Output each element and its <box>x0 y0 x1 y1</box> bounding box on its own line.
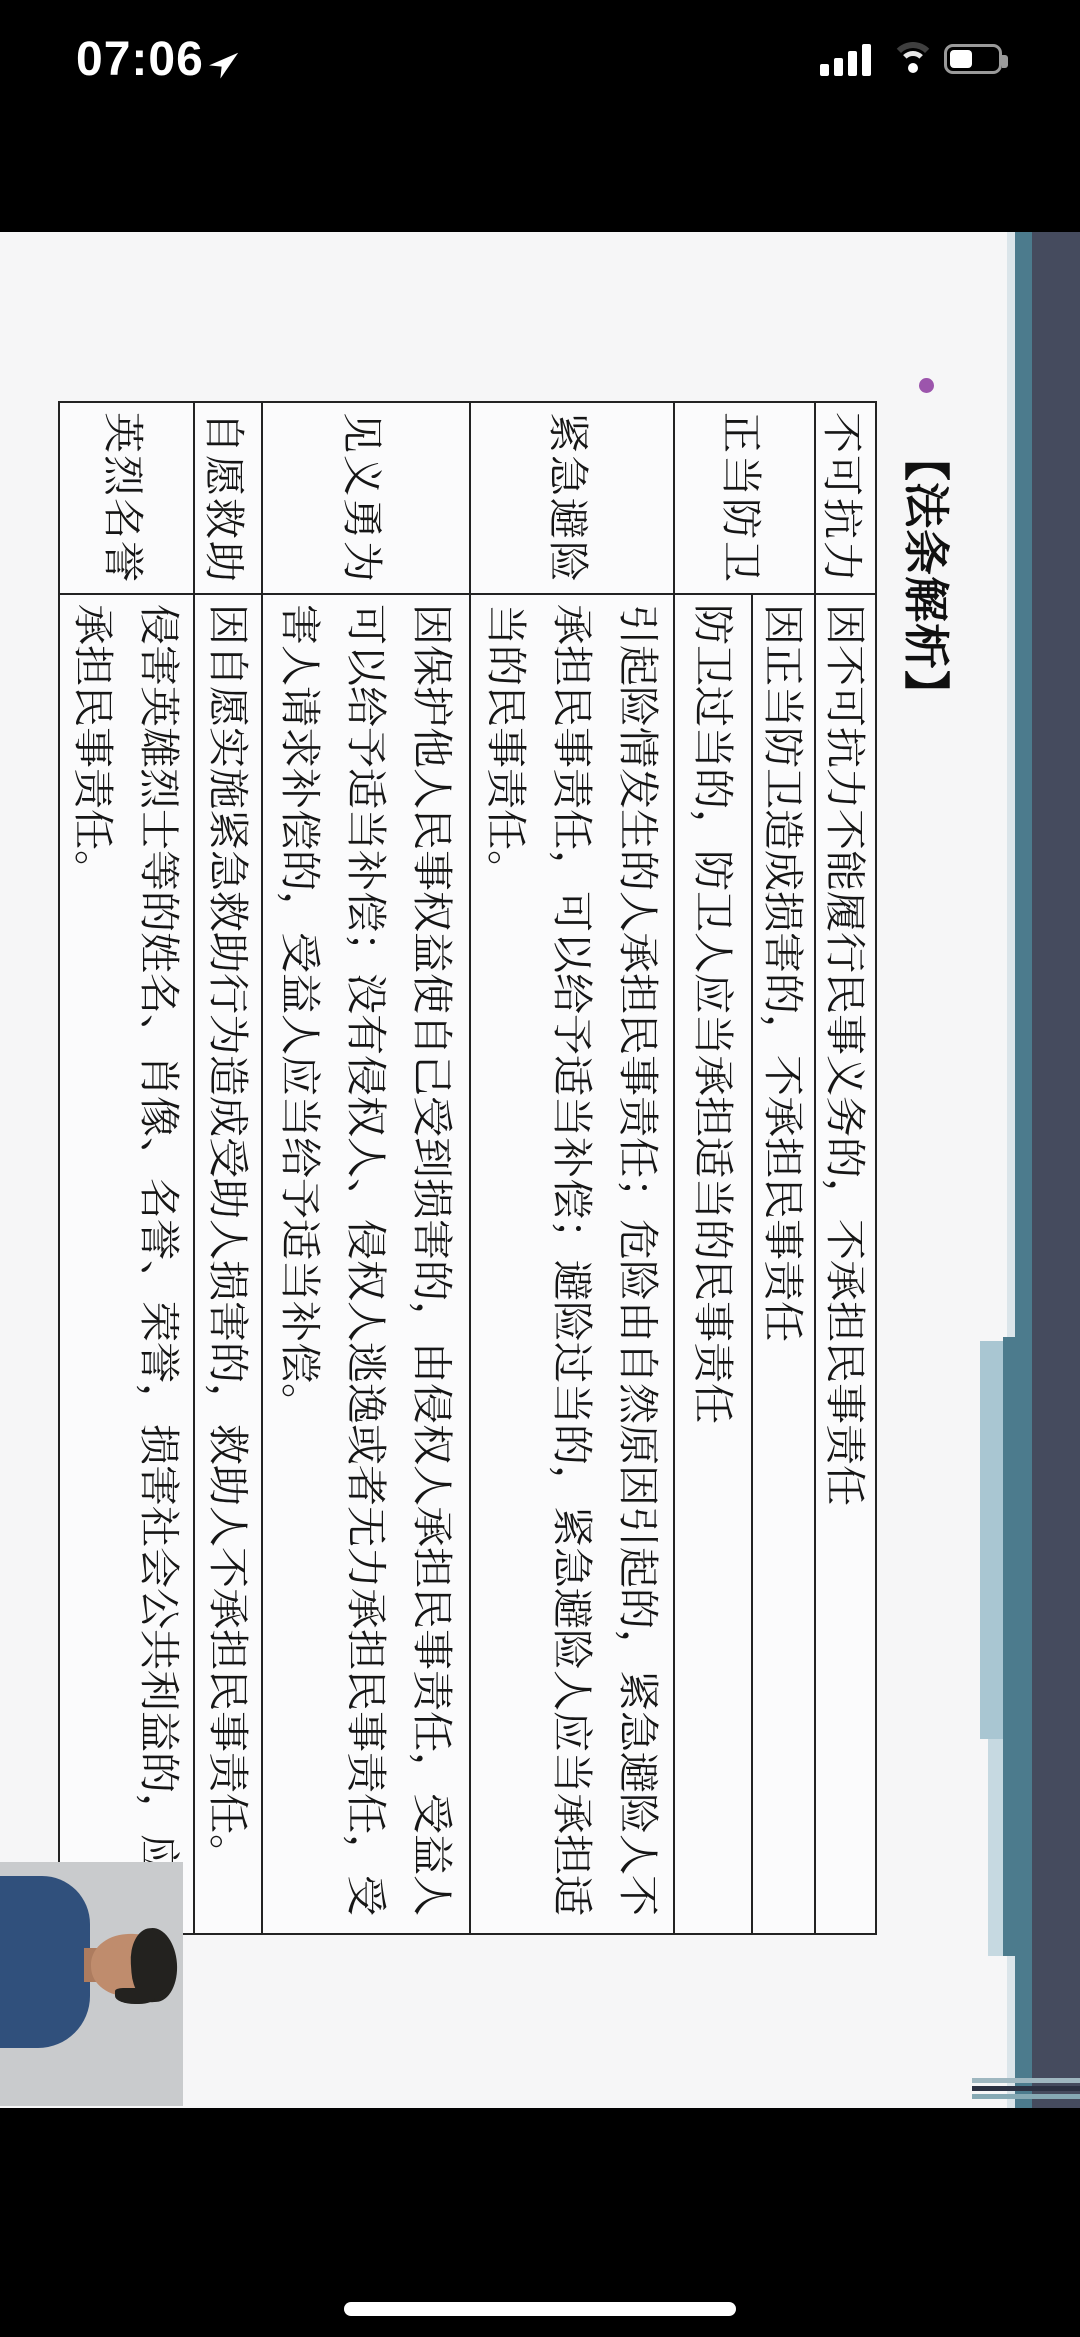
status-bar: 07:06 <box>0 0 1080 232</box>
cell-text: 因正当防卫造成损害的，不承担民事责任 <box>751 604 814 1933</box>
cell-text: 害人请求补偿的，受益人应当给予适当补偿。 <box>267 604 333 1933</box>
cell-text: 因自愿实施紧急救助行为造成受助人损害的，救助人不承担民事责任。 <box>195 604 261 1933</box>
deco-pale-bar <box>988 1739 1003 1956</box>
law-analysis-table: 不可抗力 正当防卫 紧急避险 见义勇为 自愿救助 英烈名誉 因不可抗力不能履行民… <box>58 401 877 1935</box>
deco-teal-bar <box>1003 1337 1032 1956</box>
cell-text: 因不可抗力不能履行民事义务的，不承担民事责任 <box>814 604 875 1933</box>
battery-fill <box>950 50 972 68</box>
table-cell: 防卫过当的，防卫人应当承担适当的民事责任 <box>673 595 751 1933</box>
slide-title: 【法条解析】 <box>896 435 962 717</box>
slide-top-dark-band <box>1032 232 1080 2108</box>
cell-text: 防卫过当的，防卫人应当承担适当的民事责任 <box>680 604 746 1933</box>
row-header-force-majeure: 不可抗力 <box>814 403 875 595</box>
table-cell: 因自愿实施紧急救助行为造成受助人损害的，救助人不承担民事责任。 <box>193 595 261 1933</box>
cell-text: 当的民事责任。 <box>473 604 539 1933</box>
table-cell: 因不可抗力不能履行民事义务的，不承担民事责任 <box>814 595 875 1933</box>
instructor-hair <box>115 1988 155 2004</box>
title-bullet-dot <box>919 378 934 393</box>
slide-edge-line <box>972 2086 1080 2091</box>
location-arrow-icon <box>207 49 240 82</box>
row-header-emergency-avoidance: 紧急避险 <box>469 403 673 595</box>
cellular-signal-icon <box>820 44 880 76</box>
cell-text: 可以给予适当补偿；没有侵权人、侵权人逃逸或者无力承担民事责任，受 <box>333 604 399 1933</box>
cell-text: 承担民事责任。 <box>61 604 127 1933</box>
home-indicator[interactable] <box>344 2302 736 2316</box>
battery-icon <box>944 44 1002 74</box>
row-header-justifiable-defense: 正当防卫 <box>673 403 814 595</box>
deco-blue-bar <box>980 1341 1003 1739</box>
shared-screen-video-surface[interactable]: 【法条解析】 不可抗力 正当防卫 紧急避险 见义勇为 自愿救助 英烈名誉 因不可… <box>0 232 1080 2108</box>
table-cell: 侵害英雄烈士等的姓名、肖像、名誉、荣誉，损害社会公共利益的，应 承担民事责任。 <box>60 595 193 1933</box>
row-header-voluntary-rescue: 自愿救助 <box>193 403 261 595</box>
table-cell: 因保护他人民事权益使自己受到损害的，由侵权人承担民事责任，受益人 可以给予适当补… <box>261 595 469 1933</box>
slide-edge-line <box>972 2094 1080 2099</box>
row-header-brave-conduct: 见义勇为 <box>261 403 469 595</box>
row-header-martyr-reputation: 英烈名誉 <box>60 403 193 595</box>
cell-text: 承担民事责任，可以给予适当补偿；避险过当的，紧急避险人应当承担适 <box>539 604 605 1933</box>
bottom-letterbox <box>0 2108 1080 2337</box>
cell-text: 因保护他人民事权益使自己受到损害的，由侵权人承担民事责任，受益人 <box>399 604 465 1933</box>
table-cell: 因正当防卫造成损害的，不承担民事责任 <box>751 595 814 1933</box>
wifi-icon <box>890 42 936 78</box>
iphone-screen: { "status_bar": { "time": "07:06", "batt… <box>0 0 1080 2337</box>
instructor-camera-pip[interactable] <box>0 1862 183 2106</box>
table-cell: 引起险情发生的人承担民事责任；危险由自然原因引起的，紧急避险人不 承担民事责任，… <box>469 595 673 1933</box>
clock-time: 07:06 <box>76 32 204 87</box>
slide-edge-line <box>972 2078 1080 2083</box>
cell-text: 引起险情发生的人承担民事责任；危险由自然原因引起的，紧急避险人不 <box>605 604 671 1933</box>
instructor-torso <box>0 1876 90 2048</box>
cell-text: 侵害英雄烈士等的姓名、肖像、名誉、荣誉，损害社会公共利益的，应 <box>127 604 193 1933</box>
